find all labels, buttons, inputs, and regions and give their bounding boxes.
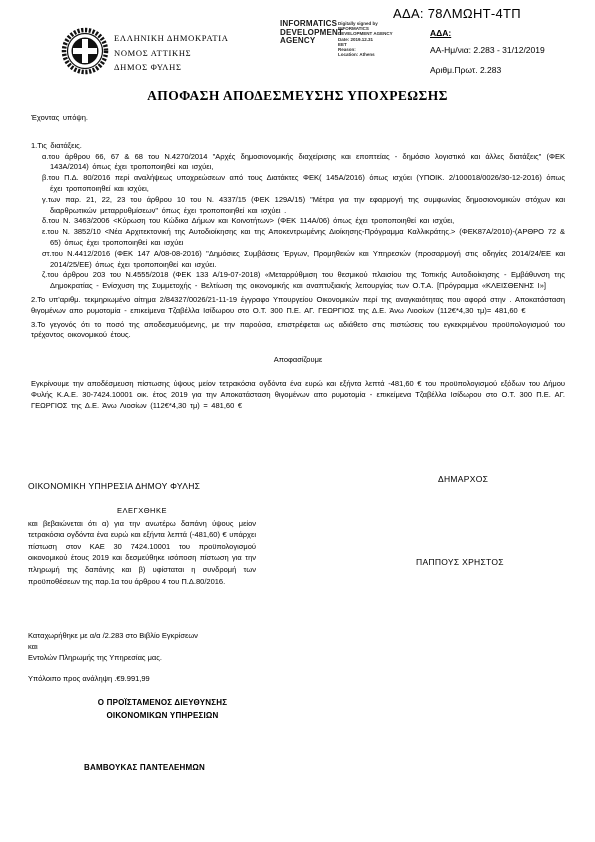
aa-date: ΑΑ-Ημ/νια: 2.283 - 31/12/2019 — [430, 45, 545, 55]
checked-block: ΕΛΕΓΧΘΗΚΕ και βεβαιώνεται ότι α) για την… — [28, 505, 256, 587]
issuing-authority: ΕΛΛΗΝΙΚΗ ΔΗΜΟΚΡΑΤΙΑ ΝΟΜΟΣ ΑΤΤΙΚΗΣ ΔΗΜΟΣ … — [114, 31, 229, 75]
authority-line-3: ΔΗΜΟΣ ΦΥΛΗΣ — [114, 60, 229, 75]
ada-code: ΑΔΑ: 78ΛΜΩΗΤ-4ΤΠ — [393, 6, 521, 21]
finance-office-label: ΟΙΚΟΝΟΜΙΚΗ ΥΠΗΡΕΣΙΑ ΔΗΜΟΥ ΦΥΛΗΣ — [28, 481, 200, 491]
protocol-number: Αριθμ.Πρωτ. 2.283 — [430, 65, 545, 75]
provision-item: ζ.του άρθρου 203 του Ν.4555/2018 (ΦΕΚ 13… — [42, 270, 565, 292]
mayor-name: ΠΑΠΠΟΥΣ ΧΡΗΣΤΟΣ — [416, 557, 504, 567]
footer-role-line-1: Ο ΠΡΟΪΣΤΑΜΕΝΟΣ ΔΙΕΥΘΥΝΣΗΣ — [60, 697, 265, 710]
provision-item: α.του άρθρου 66, 67 & 68 του Ν.4270/2014… — [42, 152, 565, 174]
footer-role-line-2: ΟΙΚΟΝΟΜΙΚΩΝ ΥΠΗΡΕΣΙΩΝ — [60, 710, 265, 723]
provision-item: γ.των παρ. 21, 22, 23 του άρθρου 10 του … — [42, 195, 565, 217]
document-title: ΑΠΟΦΑΣΗ ΑΠΟΔΕΣΜΕΥΣΗΣ ΥΠΟΧΡΕΩΣΗΣ — [0, 88, 595, 104]
registration-line-2: και — [28, 641, 198, 652]
provision-item: β.του Π.Δ. 80/2016 περί αναλήψεως υποχρε… — [42, 173, 565, 195]
paragraph-2: 2.Το υπ'αριθμ. τεκμηριωμένο αίτημα 2/843… — [31, 295, 565, 317]
mayor-title: ΔΗΜΑΡΧΟΣ — [438, 474, 488, 484]
coat-of-arms-icon — [61, 27, 109, 75]
checked-body: και βεβαιώνεται ότι α) για την ανωτέρω δ… — [28, 518, 256, 588]
greek-emblem-logo — [61, 27, 109, 75]
ada-label: ΑΔΑ: — [430, 28, 545, 38]
checked-heading: ΕΛΕΓΧΘΗΚΕ — [28, 505, 256, 517]
provision-item: δ.του Ν. 3463/2006 <Κύρωση του Κώδικα Δή… — [42, 216, 565, 227]
decision-paragraph: Εγκρίνουμε την αποδέσμευση πίστωσης ύψου… — [31, 379, 565, 411]
footer-signatory-name: ΒΑΜΒΟΥΚΑΣ ΠΑΝΤΕΛΕΗΜΩΝ — [84, 763, 205, 772]
document-body: Έχοντας υπόψη. 1.Τις διατάξεις. α.του άρ… — [31, 113, 565, 411]
intro-line: Έχοντας υπόψη. — [31, 113, 565, 124]
remaining-balance: Υπόλοιπο προς ανάληψη .€9.991,99 — [28, 674, 150, 683]
decide-heading: Αποφασίζουμε — [31, 355, 565, 366]
authority-line-2: ΝΟΜΟΣ ΑΤΤΙΚΗΣ — [114, 46, 229, 61]
paragraph-3: 3.Το γεγονός ότι το ποσό της αποδεσμευόμ… — [31, 320, 565, 342]
authority-line-1: ΕΛΛΗΝΙΚΗ ΔΗΜΟΚΡΑΤΙΑ — [114, 31, 229, 46]
registration-line-3: Εντολών Πληρωμής της Υπηρεσίας μας. — [28, 652, 198, 663]
document-page: ΑΔΑ: 78ΛΜΩΗΤ-4ΤΠ ΕΛΛΗΝΙΚΗ ΔΗΜΟΚΡΑΤΙΑ ΝΟΜ… — [0, 0, 595, 842]
digital-signature-agency: INFORMATICS DEVELOPMENT AGENCY — [280, 20, 344, 46]
provisions-list: α.του άρθρου 66, 67 & 68 του Ν.4270/2014… — [31, 152, 565, 292]
registration-line-1: Καταχωρήθηκε με α/α /2.283 στο Βιβλίο Εγ… — [28, 630, 198, 641]
digital-signature-details: Digitally signed by INFORMATICS DEVELOPM… — [338, 21, 410, 57]
header-right-fields: ΑΔΑ: ΑΑ-Ημ/νια: 2.283 - 31/12/2019 Αριθμ… — [430, 28, 545, 75]
provision-item: στ.του Ν.4412/2016 (ΦΕΚ 147 Α/08-08-2016… — [42, 249, 565, 271]
section1-heading: 1.Τις διατάξεις. — [31, 141, 565, 152]
provision-item: ε.του Ν. 3852/10 <Νέα Αρχιτεκτονική της … — [42, 227, 565, 249]
footer-role: Ο ΠΡΟΪΣΤΑΜΕΝΟΣ ΔΙΕΥΘΥΝΣΗΣ ΟΙΚΟΝΟΜΙΚΩΝ ΥΠ… — [60, 697, 265, 722]
registration-note: Καταχωρήθηκε με α/α /2.283 στο Βιβλίο Εγ… — [28, 630, 198, 663]
